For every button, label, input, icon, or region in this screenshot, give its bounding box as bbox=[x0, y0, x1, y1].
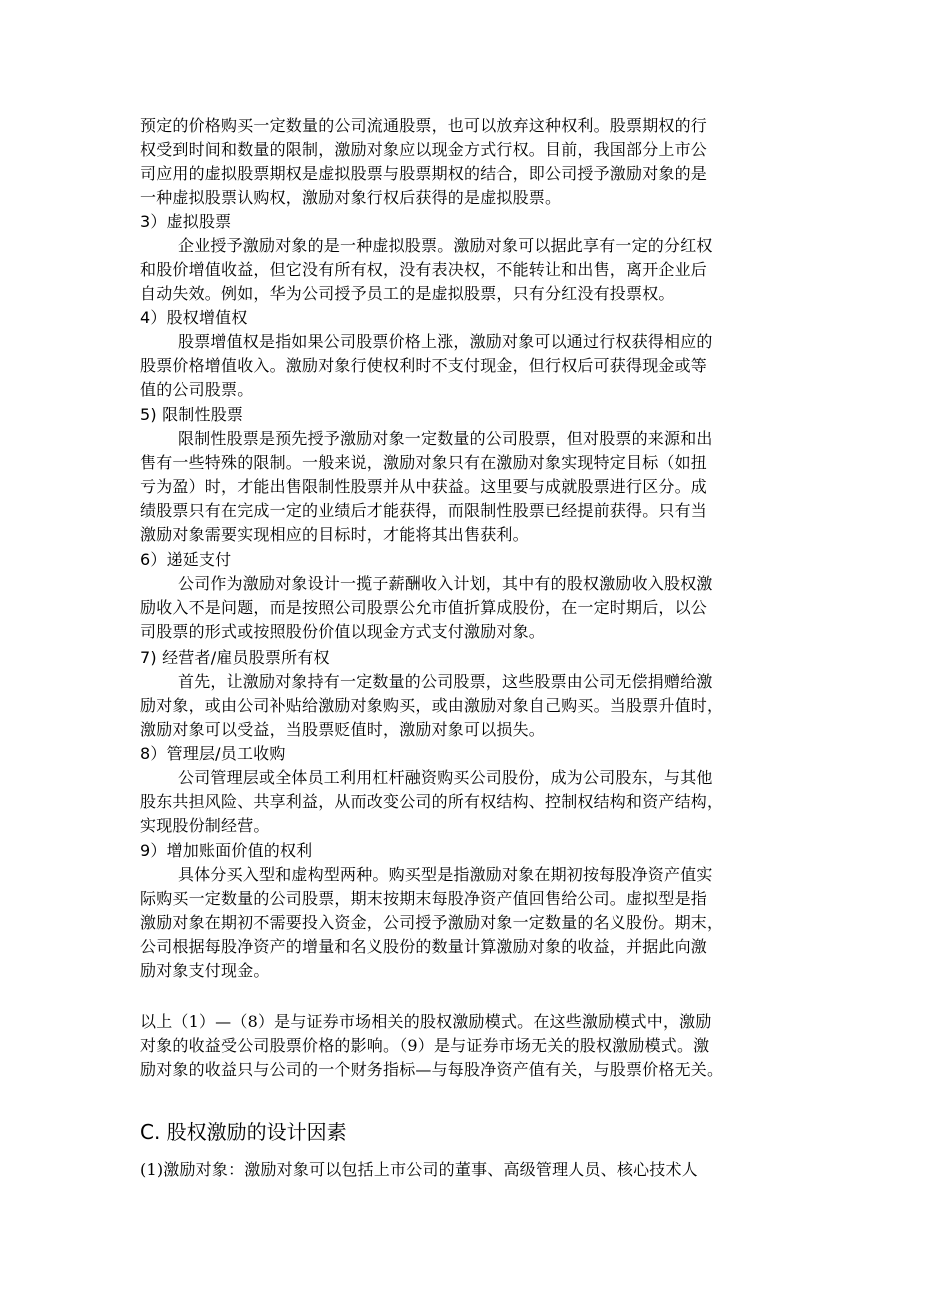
item-4-heading: 4）股权增值权 bbox=[140, 306, 800, 330]
item-5-line-5: 激励对象需要实现相应的目标时，才能将其出售获利。 bbox=[140, 523, 800, 547]
item-6-line-1: 公司作为激励对象设计一揽子薪酬收入计划，其中有的股权激励收入股权激 bbox=[178, 572, 800, 596]
item-3-heading: 3）虚拟股票 bbox=[140, 210, 800, 234]
summary-line-1: 以上（1）—（8）是与证券市场相关的股权激励模式。在这些激励模式中，激励 bbox=[140, 1010, 800, 1034]
item-7-line-2: 励对象，或由公司补贴给激励对象购买，或由激励对象自己购买。当股票升值时， bbox=[140, 694, 800, 718]
item-8-line-3: 实现股份制经营。 bbox=[140, 814, 800, 838]
item-6-line-3: 司股票的形式或按照股份价值以现金方式支付激励对象。 bbox=[140, 620, 800, 644]
item-3-line-2: 和股价增值收益，但它没有所有权，没有表决权，不能转让和出售，离开企业后 bbox=[140, 258, 800, 282]
intro-line-4: 一种虚拟股票认购权，激励对象行权后获得的是虚拟股票。 bbox=[140, 186, 800, 210]
item-7-line-1: 首先，让激励对象持有一定数量的公司股票，这些股票由公司无偿捐赠给激 bbox=[178, 670, 800, 694]
item-5-line-1: 限制性股票是预先授予激励对象一定数量的公司股票，但对股票的来源和出 bbox=[178, 427, 800, 451]
item-4-line-3: 值的公司股票。 bbox=[140, 378, 800, 402]
intro-line-3: 司应用的虚拟股票期权是虚拟股票与股票期权的结合，即公司授予激励对象的是 bbox=[140, 162, 800, 186]
section-c-first-line: (1)激励对象：激励对象可以包括上市公司的董事、高级管理人员、核心技术人 bbox=[140, 1158, 800, 1182]
item-6-line-2: 励收入不是问题，而是按照公司股票公允市值折算成股份，在一定时期后，以公 bbox=[140, 596, 800, 620]
item-8-line-1: 公司管理层或全体员工利用杠杆融资购买公司股份，成为公司股东，与其他 bbox=[178, 766, 800, 790]
item-3-line-3: 自动失效。例如，华为公司授予员工的是虚拟股票，只有分红没有投票权。 bbox=[140, 282, 800, 306]
summary-line-2: 对象的收益受公司股票价格的影响。（9）是与证券市场无关的股权激励模式。激 bbox=[140, 1034, 800, 1058]
section-c-title: C. 股权激励的设计因素 bbox=[140, 1118, 347, 1146]
item-5-line-4: 绩股票只有在完成一定的业绩后才能获得，而限制性股票已经提前获得。只有当 bbox=[140, 499, 800, 523]
item-4-line-1: 股票增值权是指如果公司股票价格上涨，激励对象可以通过行权获得相应的 bbox=[178, 330, 800, 354]
item-9-line-1: 具体分买入型和虚构型两种。购买型是指激励对象在期初按每股净资产值实 bbox=[178, 863, 800, 887]
item-9-heading: 9）增加账面价值的权利 bbox=[140, 839, 800, 863]
item-6-heading: 6）递延支付 bbox=[140, 548, 800, 572]
summary-line-3: 励对象的收益只与公司的一个财务指标—与每股净资产值有关，与股票价格无关。 bbox=[140, 1058, 800, 1082]
document-page: 预定的价格购买一定数量的公司流通股票，也可以放弃这种权利。股票期权的行 权受到时… bbox=[0, 0, 926, 1309]
intro-line-2: 权受到时间和数量的限制，激励对象应以现金方式行权。目前，我国部分上市公 bbox=[140, 138, 800, 162]
item-8-heading: 8）管理层/员工收购 bbox=[140, 742, 800, 766]
item-7-line-3: 激励对象可以受益，当股票贬值时，激励对象可以损失。 bbox=[140, 718, 800, 742]
item-3-line-1: 企业授予激励对象的是一种虚拟股票。激励对象可以据此享有一定的分红权 bbox=[178, 234, 800, 258]
item-9-line-2: 际购买一定数量的公司股票，期末按期末每股净资产值回售给公司。虚拟型是指 bbox=[140, 887, 800, 911]
item-5-line-2: 售有一些特殊的限制。一般来说，激励对象只有在激励对象实现特定目标（如扭 bbox=[140, 451, 800, 475]
intro-line-1: 预定的价格购买一定数量的公司流通股票，也可以放弃这种权利。股票期权的行 bbox=[140, 114, 800, 138]
item-5-heading: 5) 限制性股票 bbox=[140, 403, 800, 427]
item-7-heading: 7) 经营者/雇员股票所有权 bbox=[140, 646, 800, 670]
item-4-line-2: 股票价格增值收入。激励对象行使权利时不支付现金，但行权后可获得现金或等 bbox=[140, 354, 800, 378]
item-9-line-3: 激励对象在期初不需要投入资金，公司授予激励对象一定数量的名义股份。期末， bbox=[140, 911, 800, 935]
item-9-line-4: 公司根据每股净资产的增量和名义股份的数量计算激励对象的收益，并据此向激 bbox=[140, 935, 800, 959]
item-8-line-2: 股东共担风险、共享利益，从而改变公司的所有权结构、控制权结构和资产结构， bbox=[140, 790, 800, 814]
item-5-line-3: 亏为盈）时，才能出售限制性股票并从中获益。这里要与成就股票进行区分。成 bbox=[140, 475, 800, 499]
item-9-line-5: 励对象支付现金。 bbox=[140, 959, 800, 983]
